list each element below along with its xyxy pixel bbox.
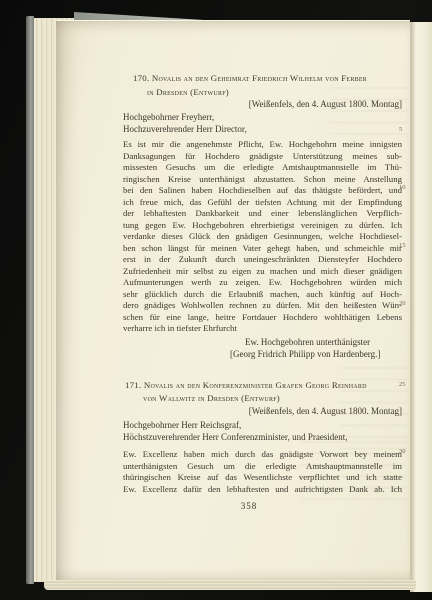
book-scan: 170. Novalis an den Geheimrat Friedrich …: [0, 0, 432, 600]
page-number: 358: [123, 501, 375, 511]
margin-line-number-5: 5: [399, 126, 402, 134]
text-line: Hochgebohrner Herr Reichsgraf,: [123, 420, 348, 432]
text-line: Hochgebohrner Freyherr,: [123, 112, 247, 124]
text-line: ich freue mich, das Gefühl der tiefsten …: [123, 197, 402, 209]
letter-170-signature: Ew. Hochgebohren unterthänigster: [245, 337, 370, 347]
letter-171-body: Ew. Excellenz haben mich durch das gnädi…: [123, 449, 402, 495]
text-line: Danksagungen für Hochdero gnädigste Unte…: [123, 151, 402, 163]
text-line: dero gnädiges Wohlwollen rechnen zu dürf…: [123, 300, 402, 312]
letter-170-body-lines: Es ist mir die angenehmste Pflicht, Ew. …: [123, 139, 402, 323]
letter-170-heading-line1: 170. Novalis an den Geheimrat Friedrich …: [133, 72, 367, 85]
margin-line-number-10: 10: [399, 184, 406, 192]
text-line: unterthänigsten Gesuch um die erledigte …: [123, 461, 402, 473]
margin-line-number-20: 20: [399, 300, 406, 308]
text-line: ringischen Kreise unterthänigst abzustat…: [123, 174, 402, 186]
text-line: bei den Salinen haben Hochdieselben auf …: [123, 185, 402, 197]
text-line: verdanke dieses Glück den gnädigen Gesin…: [123, 231, 402, 243]
text-line: Ew. Excellenz haben mich durch das gnädi…: [123, 449, 402, 461]
text-line: Hochzuverehrender Herr Director,: [123, 124, 247, 136]
text-line: ben schon längst für meinen Vater gehegt…: [123, 243, 402, 255]
letter-171-salutation: Hochgebohrner Herr Reichsgraf,Höchstzuve…: [123, 420, 348, 443]
text-line: schen für eine lange, heitre Fortdauer H…: [123, 312, 402, 324]
text-line: Es ist mir die angenehmste Pflicht, Ew. …: [123, 139, 402, 151]
letter-171-heading-line2: von Wallwitz in Dresden (Entwurf): [143, 392, 280, 405]
text-line: thüringischen Kreise auf das Wesentlichs…: [123, 472, 402, 484]
page-stack-bottom-edges: [44, 580, 416, 590]
text-line: Höchstzuverehrender Herr Conferenzminist…: [123, 432, 348, 444]
text-line: erst in der Zukunft durch uneingeschränk…: [123, 254, 402, 266]
letter-170-body: Es ist mir die angenehmste Pflicht, Ew. …: [123, 139, 402, 335]
book-cover-edge: [26, 16, 34, 584]
text-line: sehr glücklich durch die Erlaubniß mache…: [123, 289, 402, 301]
text-line: missesten Gesuchs um die erledigte Amtsh…: [123, 162, 402, 174]
letter-171-heading-line1: 171. Novalis an den Konferenzminister Gr…: [125, 379, 367, 392]
facing-page-edge: [410, 22, 432, 592]
letter-170-body-last-line: verharre ich in tiefster Ehrfurcht: [123, 323, 402, 335]
text-line: Ew. Excellenz dafür den lebhaftesten und…: [123, 484, 402, 496]
letter-170-dateline: [Weißenfels, den 4. August 1800. Montag]: [123, 99, 402, 109]
margin-line-number-30: 30: [399, 448, 406, 456]
letter-171-dateline: [Weißenfels, den 4. August 1800. Montag]: [123, 406, 402, 416]
text-line: Zufriedenheit mir selbst zu eigen zu mac…: [123, 266, 402, 278]
margin-line-number-25: 25: [399, 381, 406, 389]
letter-171-body-lines: Ew. Excellenz haben mich durch das gnädi…: [123, 449, 402, 495]
text-line: der lebhaftesten Dankbarkeit und einer l…: [123, 208, 402, 220]
text-line: Aufmunterungen werth zu zeigen. Ew. Hoch…: [123, 277, 402, 289]
letter-170-heading-line2: in Dresden (Entwurf): [147, 86, 229, 99]
margin-line-number-15: 15: [399, 242, 406, 250]
letter-170-salutation: Hochgebohrner Freyherr,Hochzuverehrender…: [123, 112, 247, 135]
text-line: tung gegen Ew. Hochgebohren ehrerbietigs…: [123, 220, 402, 232]
letter-170-signature-name: [Georg Fridrich Philipp von Hardenberg.]: [230, 349, 380, 359]
